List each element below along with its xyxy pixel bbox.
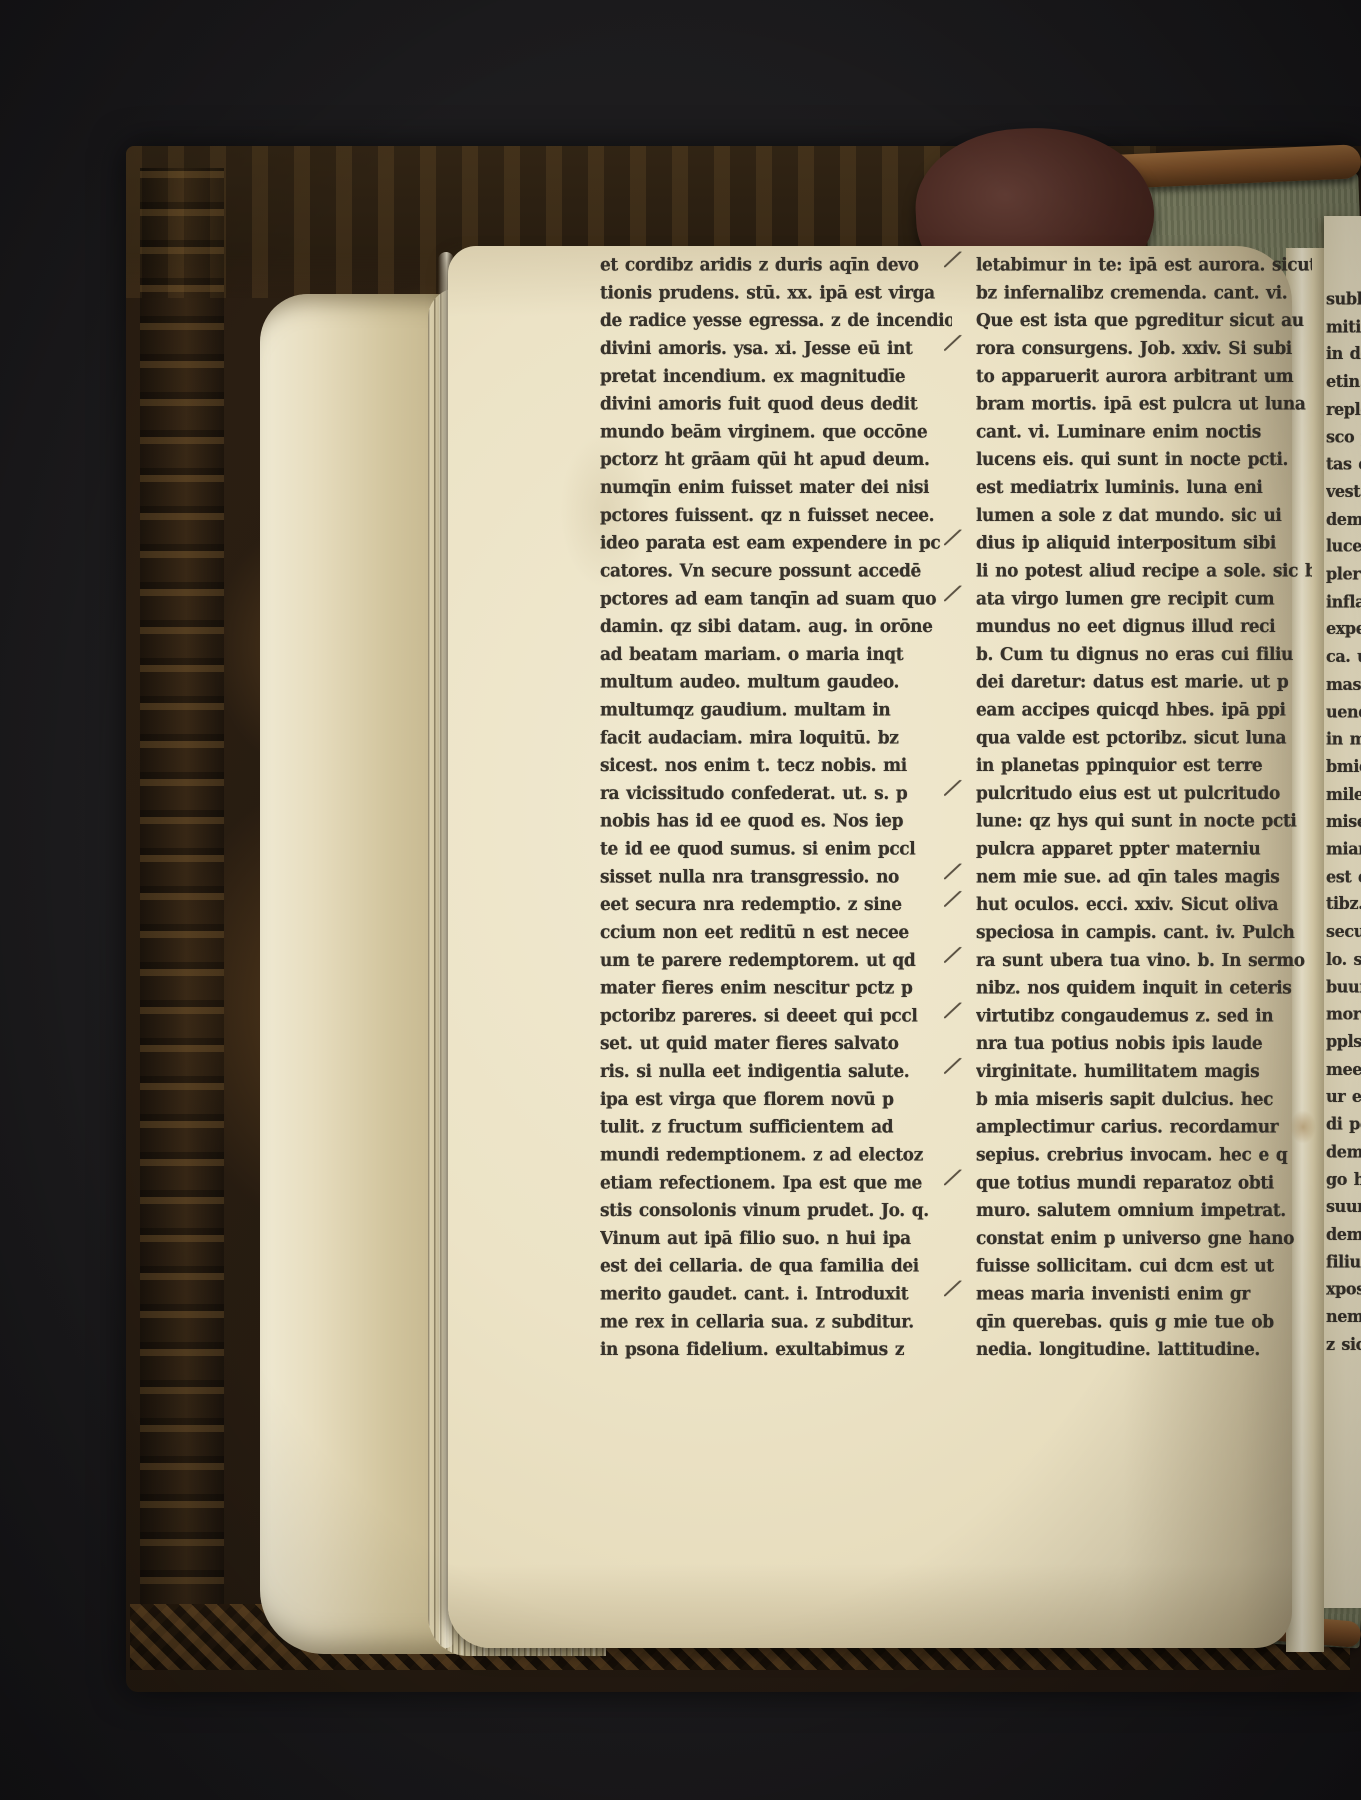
- intercolumn-hyphen-marks: ⟋ ⟋ ⟋ ⟋ ⟋ ⟋ ⟋ ⟋ ⟋ ⟋ ⟋ ⟋: [944, 247, 974, 1368]
- cover-embossed-left-border: [140, 168, 224, 1660]
- recto-partial-text-column: sublimit mitigare in deim etin. in reple…: [1326, 286, 1361, 1372]
- verso-right-text-column: letabimur in te: ipā est aurora. sicut b…: [976, 252, 1312, 1373]
- photo-of-open-manuscript-book: et cordibz aridis z duris aqīn devo tion…: [0, 0, 1361, 1800]
- verso-left-text-column: et cordibz aridis z duris aqīn devo tion…: [600, 252, 952, 1373]
